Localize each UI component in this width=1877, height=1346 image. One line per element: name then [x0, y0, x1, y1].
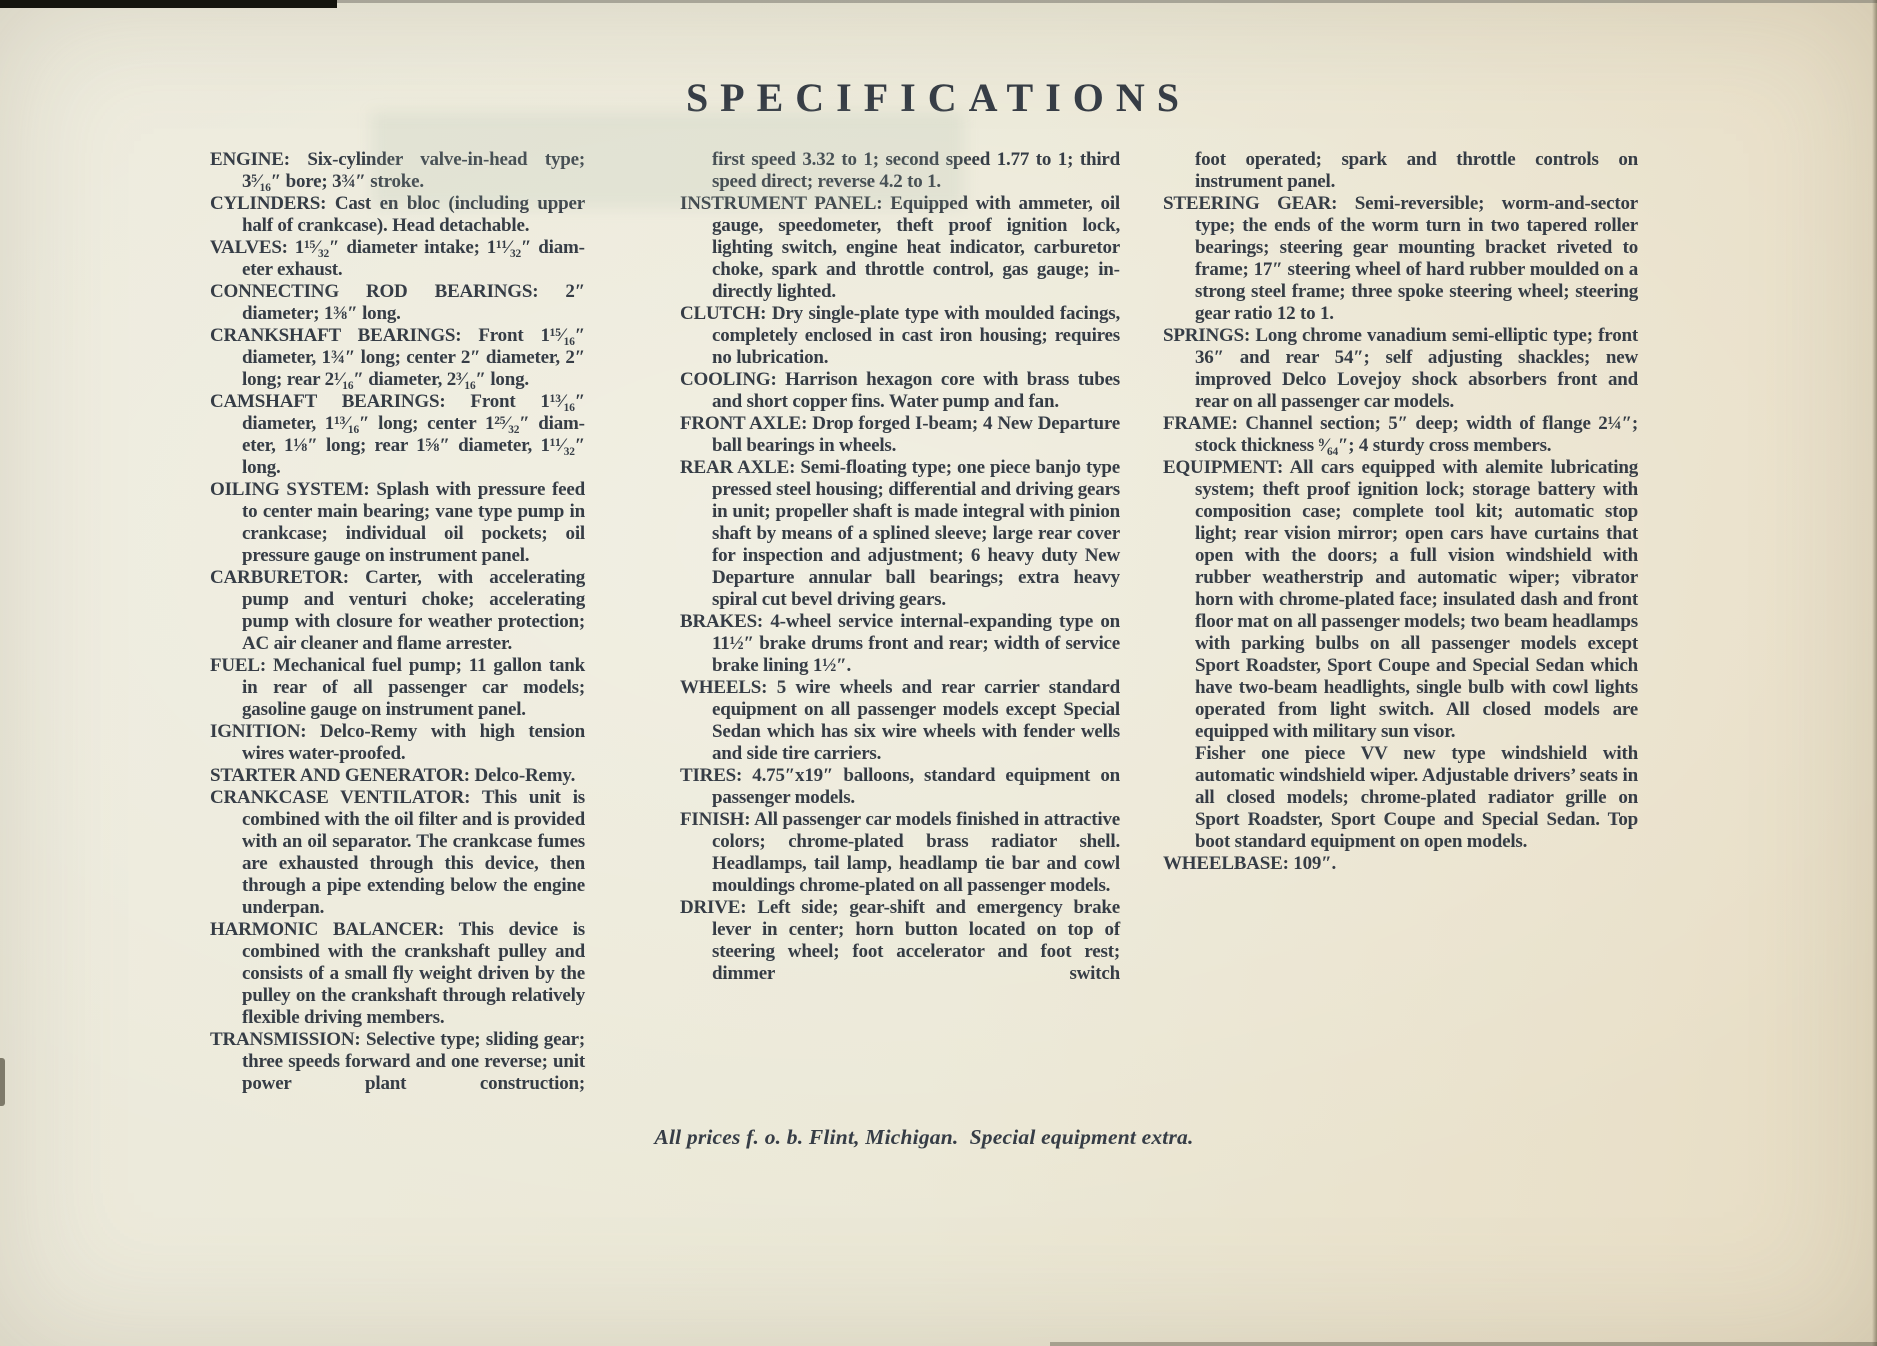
spec-paragraph: first speed 3.32 to 1; second speed 1.77…: [680, 149, 1120, 193]
spec-paragraph: WHEELS: 5 wire wheels and rear carrier s…: [680, 677, 1120, 765]
spec-paragraph: ENGINE: Six-cylinder valve-in-head type;…: [210, 149, 585, 193]
spec-paragraph: FRONT AXLE: Drop forged I-beam; 4 New De…: [680, 413, 1120, 457]
spec-paragraph: STEERING GEAR: Semi-reversible; worm-and…: [1163, 193, 1638, 325]
specifications-page: SPECIFICATIONS ENGINE: Six-cylinder valv…: [0, 0, 1877, 1346]
spec-paragraph: VALVES: 1¹⁵⁄₃₂″ diameter intake; 1¹¹⁄₃₂″…: [210, 237, 585, 281]
spec-paragraph: WHEELBASE: 109″.: [1163, 853, 1638, 875]
spec-paragraph: FRAME: Channel section; 5″ deep; width o…: [1163, 413, 1638, 457]
spec-paragraph: Fisher one piece VV new type wind­shield…: [1163, 743, 1638, 853]
spec-paragraph: foot operated; spark and throttle contro…: [1163, 149, 1638, 193]
spec-paragraph: OILING SYSTEM: Splash with pressure feed…: [210, 479, 585, 567]
spec-paragraph: CARBURETOR: Carter, with accelerating pu…: [210, 567, 585, 655]
spec-paragraph: TRANSMISSION: Selective type; sliding ge…: [210, 1029, 585, 1095]
spec-paragraph: COOLING: Harrison hexagon core with bras…: [680, 369, 1120, 413]
spec-paragraph: FINISH: All passenger car models finishe…: [680, 809, 1120, 897]
scan-edge-bottom: [1050, 1342, 1877, 1346]
scan-edge-right: [1872, 0, 1877, 1346]
spec-paragraph: TIRES: 4.75″x19″ balloons, standard equi…: [680, 765, 1120, 809]
footer-note: All prices f. o. b. Flint, Michigan. Spe…: [0, 1125, 1877, 1150]
spec-paragraph: CRANKCASE VENTILATOR: This unit is combi…: [210, 787, 585, 919]
spec-paragraph: CRANKSHAFT BEARINGS: Front 1¹⁵⁄₁₆″ diame…: [210, 325, 585, 391]
spec-paragraph: CLUTCH: Dry single-plate type with mould…: [680, 303, 1120, 369]
spec-paragraph: DRIVE: Left side; gear-shift and emer­ge…: [680, 897, 1120, 985]
spec-column-middle: first speed 3.32 to 1; second speed 1.77…: [680, 149, 1120, 985]
page-title: SPECIFICATIONS: [0, 0, 1877, 121]
spec-paragraph: FUEL: Mechanical fuel pump; 11 gallon ta…: [210, 655, 585, 721]
spec-paragraph: HARMONIC BALANCER: This device is combin…: [210, 919, 585, 1029]
scan-edge-left-mark: [0, 1058, 5, 1106]
spec-paragraph: BRAKES: 4-wheel service internal-expand­…: [680, 611, 1120, 677]
spec-paragraph: IGNITION: Delco-Remy with high ten­sion …: [210, 721, 585, 765]
spec-columns: ENGINE: Six-cylinder valve-in-head type;…: [0, 121, 1877, 1095]
spec-paragraph: CONNECTING ROD BEARINGS: 2″ diameter; 1⅜…: [210, 281, 585, 325]
spec-paragraph: STARTER AND GENERATOR: Delco-Remy.: [210, 765, 585, 787]
spec-paragraph: CAMSHAFT BEARINGS: Front 1¹³⁄₁₆″ diamete…: [210, 391, 585, 479]
spec-paragraph: INSTRUMENT PANEL: Equipped with ammeter,…: [680, 193, 1120, 303]
spec-column-left: ENGINE: Six-cylinder valve-in-head type;…: [210, 149, 585, 1095]
spec-paragraph: EQUIPMENT: All cars equipped with alemit…: [1163, 457, 1638, 743]
spec-paragraph: SPRINGS: Long chrome vanadium semi-ellip…: [1163, 325, 1638, 413]
scan-edge-top-left: [0, 0, 337, 8]
spec-paragraph: REAR AXLE: Semi-floating type; one piece…: [680, 457, 1120, 611]
spec-paragraph: CYLINDERS: Cast en bloc (including upper…: [210, 193, 585, 237]
spec-column-right: foot operated; spark and throttle contro…: [1163, 149, 1638, 875]
